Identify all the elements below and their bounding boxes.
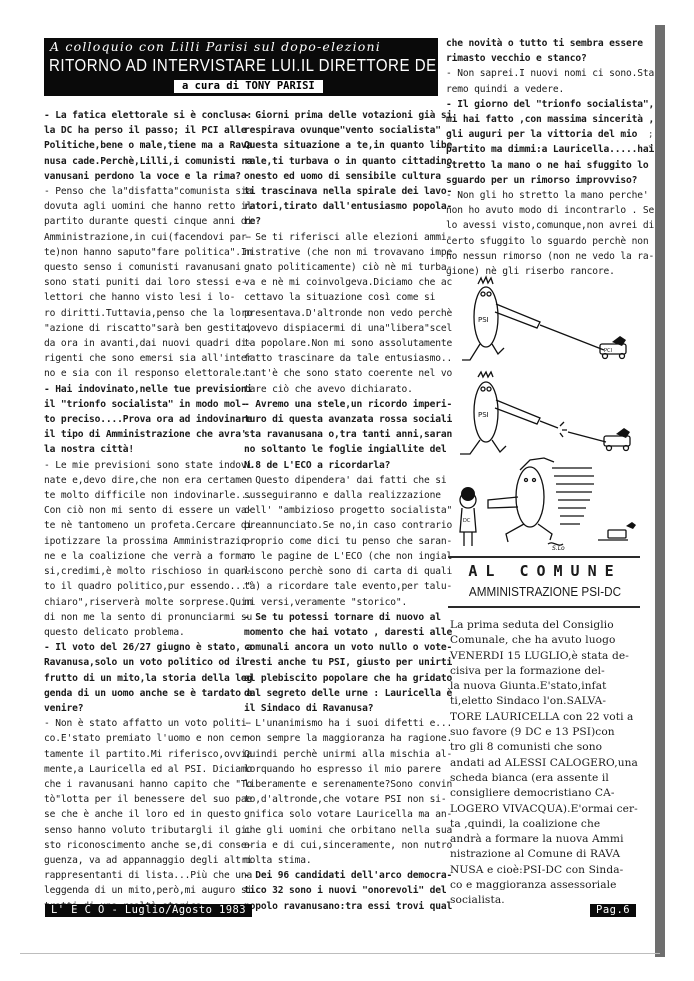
answer-line: aria e di cui,sinceramente, non nutro	[244, 838, 442, 853]
question-line: Ravanusa,solo un voto politico od il	[44, 655, 240, 670]
question-line: comunali ancora un voto nullo o vote-	[244, 640, 442, 655]
answer-line: ta popolare.Non mi sono assolutamente	[244, 336, 442, 351]
question-line: partito ma dimmi:a Lauricella.....hai	[446, 142, 646, 157]
answer-line: dovevo dispiacermi di una"libera"scel	[244, 321, 442, 336]
answer-line: te)non hanno saputo"fare politica".In	[44, 245, 240, 260]
sidebar-box-title: AL COMUNE	[448, 562, 642, 580]
footer-page-number: Pag.6	[590, 904, 636, 917]
answer-line: rappresentanti di lista...Più che una	[44, 868, 240, 883]
answer-line: - Non saprei.I nuovi nomi ci sono.Sta	[446, 66, 646, 81]
box-bottom-rule	[448, 606, 640, 608]
question-line: la DC ha perso il passo; il PCI alle	[44, 123, 240, 138]
question-line: stretto la mano o ne hai sfuggito lo	[446, 158, 646, 173]
article-headline: RITORNO AD INTERVISTARE LUI.IL DIRETTORE…	[49, 55, 497, 76]
question-line: che novità o tutto ti sembra essere	[446, 36, 646, 51]
answer-line: Con ciò non mi sento di essere un va-	[44, 503, 240, 518]
svg-text:DC: DC	[463, 518, 471, 524]
question-line: no soltanto le foglie ingiallite del	[244, 442, 442, 457]
sidebar-text-line: andrà a formare la nuova Ammi	[450, 832, 646, 847]
question-line: - Il giorno del "trionfo socialista",	[446, 97, 646, 112]
answer-line: - Le mie previsioni sono state indovi	[44, 458, 240, 473]
question-line: ti trascinava nella spirale dei lavo-	[244, 184, 442, 199]
answer-line: tare ciò che avevo dichiarato.	[244, 382, 442, 397]
article-byline: a cura di TONY PARISI	[174, 80, 323, 93]
answer-line: ipotizzare la prossima Amministrazio-	[44, 534, 240, 549]
footer-issue-label: L' E C O - Luglio/Agosto 1983	[45, 904, 252, 917]
sidebar-text-line: LOGERO VIVACQUA).E'ormai cer-	[450, 802, 646, 817]
answer-line: susseguiranno e dalla realizzazione	[244, 488, 442, 503]
answer-line: remo quindi a vedere.	[446, 82, 646, 97]
answer-line: molta stima.	[244, 853, 442, 868]
answer-line: - Questo dipendera' dai fatti che si	[244, 473, 442, 488]
article-kicker: A colloquio con Lilli Parisi sul dopo-el…	[50, 39, 381, 54]
sidebar-text-line: andati ad ALESSI CALOGERO,una	[450, 756, 646, 771]
margin-marks: ;⌄	[648, 130, 653, 150]
answer-line: proprio come dici tu penso che saran-	[244, 534, 442, 549]
sidebar-text-line: consigliere democristiano CA-	[450, 786, 646, 801]
answer-line: liscono perchè sono di carta di quali	[244, 564, 442, 579]
answer-line: sono stati puniti dai loro stessi e-	[44, 275, 240, 290]
answer-line: senso hanno voluto tributargli il giu	[44, 823, 240, 838]
sidebar-text-line: tro gli 8 comunisti che sono	[450, 740, 646, 755]
answer-line: - Non è stato affatto un voto politi-	[44, 716, 240, 731]
question-line: il Sindaco di Ravanusa?	[244, 701, 442, 716]
answer-line: lettori che hanno visto lesi i lo-	[44, 290, 240, 305]
answer-line: di non me la sento di pronunciarmi su	[44, 610, 240, 625]
answer-line: to il quadro politico,pur essendo..."	[44, 579, 240, 594]
answer-line: ro diritti.Tuttavia,penso che la loro	[44, 306, 240, 321]
question-line: rale,ti turbava o in quanto cittadino	[244, 154, 442, 169]
question-line: il "trionfo socialista" in modo mol-	[44, 397, 240, 412]
svg-text:PSI: PSI	[478, 411, 489, 419]
cartoon-illustration-icon: PSI PCI PSI DC S.Lo	[448, 272, 644, 554]
answer-line: Quindi perchè unirmi alla mischia al-	[244, 747, 442, 762]
question-line: re?	[244, 214, 442, 229]
sidebar-box-text: La prima seduta del ConsiglioComunale, c…	[450, 618, 646, 909]
question-line: mi hai fatto ,con massima sincerità ,	[446, 112, 646, 127]
answer-line: ni versi,veramente "storico".	[244, 595, 442, 610]
answer-line: liberamente e serenamente?Sono convin	[244, 777, 442, 792]
sidebar-text-line: TORE LAURICELLA con 22 voti a	[450, 710, 646, 725]
question-line: al plebiscito popolare che ha gridato	[244, 671, 442, 686]
sidebar-text-line: co e maggioranza assessoriale	[450, 878, 646, 893]
answer-line: cettavo la situazione così come si	[244, 290, 442, 305]
answer-line: questo senso i comunisti ravanusani	[44, 260, 240, 275]
answer-line: va e nè mi coinvolgeva.Diciamo che ac	[244, 275, 442, 290]
answer-line: fatto trascinare da tale entusiasmo..	[244, 351, 442, 366]
answer-line: che gli uomini che orbitano nella sua	[244, 823, 442, 838]
question-line: turo di questa avanzata rossa sociali	[244, 412, 442, 427]
question-line: la nostra città!	[44, 442, 240, 457]
sidebar-text-line: cisiva per la formazione del-	[450, 664, 646, 679]
answer-line: da ora in avanti,dai nuovi quadri di-	[44, 336, 240, 351]
answer-line: chiaro",riserverà molte sorprese.Quin	[44, 595, 240, 610]
answer-line: che i ravanusani hanno capito che "To	[44, 777, 240, 792]
answer-line: certo sfuggito lo sguardo perchè non	[446, 234, 646, 249]
sidebar-text-line: suo favore (9 DC e 13 PSI)con	[450, 725, 646, 740]
question-line: ratori,tirato dall'entusiasmo popola-	[244, 199, 442, 214]
answer-line: ho nessun rimorso (non ne vedo la ra-	[446, 249, 646, 264]
question-line: rimasto vecchio e stanco?	[446, 51, 646, 66]
question-line: - Dei 96 candidati dell'arco democra-	[244, 868, 442, 883]
answer-line: non sempre la maggioranza ha ragione.	[244, 731, 442, 746]
answer-line: lo avessi visto,comunque,non avrei di	[446, 218, 646, 233]
question-line: - Se tu potessi tornare di nuovo al	[244, 610, 442, 625]
answer-line: no le pagine de L'ECO (che non ingial	[244, 549, 442, 564]
answer-line: nate e,devo dire,che non era certamen	[44, 473, 240, 488]
question-line: resti anche tu PSI, giusto per unirti	[244, 655, 442, 670]
article-column-1: - La fatica elettorale si è conclusa:la …	[44, 108, 240, 914]
question-line: il tipo di Amministrazione che avra'	[44, 427, 240, 442]
answer-line: guenza, va ad appannaggio degli altri	[44, 853, 240, 868]
sidebar-text-line: VENERDI 15 LUGLIO,è stata de-	[450, 649, 646, 664]
question-line: Politiche,bene o male,tiene ma a Rava	[44, 138, 240, 153]
box-top-rule	[448, 556, 640, 558]
sidebar-text-line: Comunale, che ha avuto luogo	[450, 633, 646, 648]
question-line: gli auguri per la vittoria del mio	[446, 127, 646, 142]
question-line: tico 32 sono i nuovi "onorevoli" del	[244, 883, 442, 898]
question-line: frutto di un mito,la storia della leg	[44, 671, 240, 686]
answer-line: tant'è che sono stato coerente nel vo	[244, 366, 442, 381]
question-line: nusa cade.Perchè,Lilli,i comunisti ra	[44, 154, 240, 169]
answer-line: "azione di riscatto"sarà ben gestita,	[44, 321, 240, 336]
svg-text:PCI: PCI	[604, 348, 612, 354]
answer-line: co.E'stato premiato l'uomo e non cer-	[44, 731, 240, 746]
question-line: N.8 de L'ECO a ricordarla?	[244, 458, 442, 473]
sidebar-text-line: nistrazione al Comune di RAVA	[450, 847, 646, 862]
sidebar-text-line: NUSA e cioè:PSI-DC con Sinda-	[450, 863, 646, 878]
question-line: vanusani perdono la voce e la rima?	[44, 169, 240, 184]
answer-line: - L'unanimismo ha i suoi difetti e...	[244, 716, 442, 731]
answer-line: questo delicato problema.	[44, 625, 240, 640]
answer-line: non ho avuto modo di incontrarlo . Se	[446, 203, 646, 218]
answer-line: si,credimi,è molto rischioso in quan-	[44, 564, 240, 579]
question-line: genda di un uomo anche se è tardato a	[44, 686, 240, 701]
svg-text:PSI: PSI	[478, 316, 489, 324]
answer-line: dovuta agli uomini che hanno retto il	[44, 199, 240, 214]
question-line: popolo ravanusano:tra essi trovi qual	[244, 899, 442, 914]
answer-line: no e sia con il responso elettorale.	[44, 366, 240, 381]
answer-line: presentava.D'altronde non vedo perchè	[244, 306, 442, 321]
answer-line: mente,a Lauricella ed al PSI. Diciamo	[44, 762, 240, 777]
answer-line: rigenti che sono emersi sia all'inter	[44, 351, 240, 366]
article-header: A colloquio con Lilli Parisi sul dopo-el…	[44, 38, 438, 96]
answer-line: gnato politicamente) ciò nè mi turba-	[244, 260, 442, 275]
sidebar-text-line: scheda bianca (era assente il	[450, 771, 646, 786]
question-line: - Il voto del 26/27 giugno è stato, a	[44, 640, 240, 655]
sidebar-text-line: ta ,quindi, la coalizione che	[450, 817, 646, 832]
question-line: onesto ed uomo di sensibile cultura	[244, 169, 442, 184]
article-column-2: - Giorni prima delle votazioni già sires…	[244, 108, 442, 914]
answer-line: sto riconoscimento anche se,di conse-	[44, 838, 240, 853]
question-line: momento che hai votato , daresti alle	[244, 625, 442, 640]
sidebar-box-subtitle: AMMINISTRAZIONE PSI-DC	[458, 584, 633, 599]
question-line: - Avremo una stele,un ricordo imperi-	[244, 397, 442, 412]
answer-line: lorquando ho espresso il mio parere	[244, 762, 442, 777]
answer-line: - Penso che la"disfatta"comunista sia	[44, 184, 240, 199]
answer-line: - Non gli ho stretto la mano perche'	[446, 188, 646, 203]
sidebar-text-line: la nuova Giunta.E'stato,infat	[450, 679, 646, 694]
question-line: - Giorni prima delle votazioni già si	[244, 108, 442, 123]
answer-line: nistrative (che non mi trovavano impe	[244, 245, 442, 260]
article-column-3: che novità o tutto ti sembra essererimas…	[446, 36, 646, 279]
question-line: dal segreto delle urne : Lauricella è	[244, 686, 442, 701]
question-line: to preciso....Prova ora ad indovinare	[44, 412, 240, 427]
question-line: venire?	[44, 701, 240, 716]
answer-line: - Se ti riferisci alle elezioni ammi-	[244, 230, 442, 245]
question-line: respirava ovunque"vento socialista" .	[244, 123, 442, 138]
answer-line: tò"lotta per il benessere del suo pae	[44, 792, 240, 807]
question-line: - La fatica elettorale si è conclusa:	[44, 108, 240, 123]
question-line: - Hai indovinato,nelle tue previsioni	[44, 382, 240, 397]
answer-line: ne e la coalizione che verrà a formar	[44, 549, 240, 564]
answer-line: te molto difficile non indovinarle...	[44, 488, 240, 503]
question-line: sta ravanusana o,tra tanti anni,saran	[244, 427, 442, 442]
sidebar-text-line: ti,eletto Sindaco l'on.SALVA-	[450, 694, 646, 709]
answer-line: leggenda di un mito,però,mi auguro si	[44, 883, 240, 898]
answer-line: to,d'altronde,che votare PSI non si-	[244, 792, 442, 807]
answer-line: partito durante questi cinque anni di	[44, 214, 240, 229]
question-line: Questa situazione a te,in quanto libe	[244, 138, 442, 153]
answer-line: tà) a ricordare tale evento,per talu-	[244, 579, 442, 594]
answer-line: preannunciato.Se no,in caso contrario	[244, 518, 442, 533]
page-edge-shadow	[655, 25, 665, 957]
answer-line: tamente il partito.Mi riferisco,ovvia	[44, 747, 240, 762]
svg-text:S.Lo: S.Lo	[552, 545, 565, 552]
answer-line: gnifica solo votare Lauricella ma an-	[244, 807, 442, 822]
political-cartoon: PSI PCI PSI DC S.Lo	[448, 272, 644, 554]
question-line: sguardo per un rimorso improvviso?	[446, 173, 646, 188]
answer-line: se che è anche il loro ed in questo	[44, 807, 240, 822]
sidebar-text-line: La prima seduta del Consiglio	[450, 618, 646, 633]
answer-line: Amministrazione,in cui(facendovi par-	[44, 230, 240, 245]
answer-line: dell' "ambizioso progetto socialista"	[244, 503, 442, 518]
answer-line: te nè tantomeno un profeta.Cercare di	[44, 518, 240, 533]
page-bottom-edge	[20, 953, 660, 954]
